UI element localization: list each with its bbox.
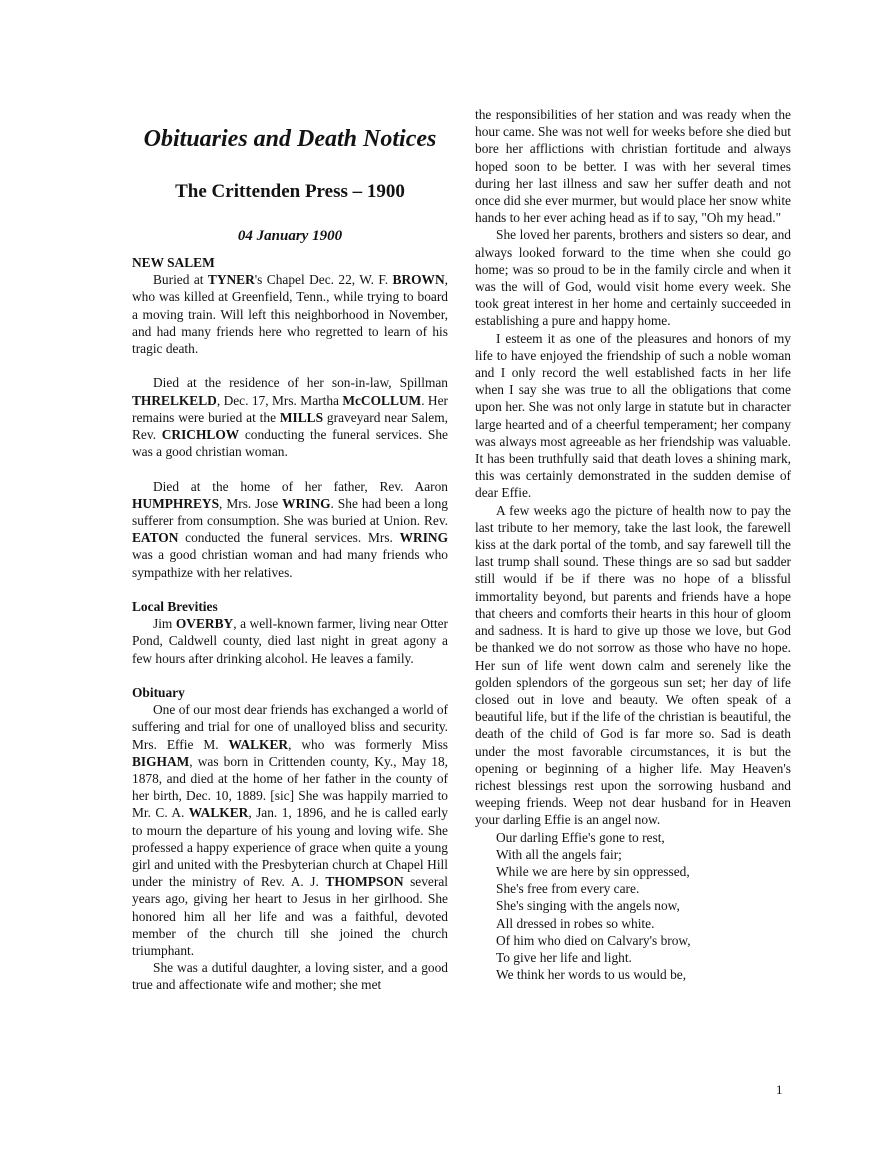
page-title: Obituaries and Death Notices <box>132 123 448 155</box>
body-text: 's Chapel Dec. 22, W. F. <box>255 272 393 287</box>
bold-name-text: CRICHLOW <box>162 427 239 442</box>
body-text: , Mrs. Jose <box>219 496 282 511</box>
poem-line: All dressed in robes so white. <box>475 915 791 932</box>
poem-line: She's free from every care. <box>475 880 791 897</box>
document-subtitle: The Crittenden Press – 1900 <box>132 181 448 203</box>
body-text: the responsibilities of her station and … <box>475 107 791 225</box>
bold-name-text: EATON <box>132 530 178 545</box>
section-heading: NEW SALEM <box>132 254 448 271</box>
bold-name-text: THOMPSON <box>325 874 403 889</box>
right-column: the responsibilities of her station and … <box>475 106 791 994</box>
poem: Our darling Effie's gone to rest,With al… <box>475 829 791 984</box>
paragraph: Died at the residence of her son-in-law,… <box>132 374 448 460</box>
paragraph: A few weeks ago the picture of health no… <box>475 502 791 829</box>
left-column-body: NEW SALEMBuried at TYNER's Chapel Dec. 2… <box>132 254 448 994</box>
left-column: Obituaries and Death Notices The Critten… <box>132 106 448 994</box>
bold-name-text: WRING <box>400 530 448 545</box>
body-text: was a good christian woman and had many … <box>132 547 448 579</box>
paragraph: One of our most dear friends has exchang… <box>132 701 448 959</box>
body-text: , who was formerly Miss <box>288 737 448 752</box>
paragraph: Died at the home of her father, Rev. Aar… <box>132 478 448 581</box>
poem-line: With all the angels fair; <box>475 846 791 863</box>
bold-name-text: BROWN <box>393 272 445 287</box>
body-text: conducted the funeral services. Mrs. <box>178 530 399 545</box>
bold-name-text: MILLS <box>280 410 323 425</box>
bold-name-text: WALKER <box>229 737 289 752</box>
bold-name-text: HUMPHREYS <box>132 496 219 511</box>
body-text: A few weeks ago the picture of health no… <box>475 503 791 828</box>
body-text: Died at the residence of her son-in-law,… <box>153 375 448 390</box>
body-text: Died at the home of her father, Rev. Aar… <box>153 479 448 494</box>
body-text: , Dec. 17, Mrs. Martha <box>217 393 343 408</box>
body-text: She was a dutiful daughter, a loving sis… <box>132 960 448 992</box>
paragraph: I esteem it as one of the pleasures and … <box>475 330 791 502</box>
poem-line: To give her life and light. <box>475 949 791 966</box>
poem-line: Of him who died on Calvary's brow, <box>475 932 791 949</box>
paragraph: She loved her parents, brothers and sist… <box>475 226 791 329</box>
body-text: She loved her parents, brothers and sist… <box>475 227 791 328</box>
date-heading: 04 January 1900 <box>132 228 448 245</box>
paragraph: the responsibilities of her station and … <box>475 106 791 226</box>
document-header: Obituaries and Death Notices The Critten… <box>132 123 448 245</box>
section-heading: Local Brevities <box>132 598 448 615</box>
bold-name-text: BIGHAM <box>132 754 189 769</box>
bold-name-text: McCOLLUM <box>342 393 421 408</box>
poem-line: While we are here by sin oppressed, <box>475 863 791 880</box>
bold-name-text: OVERBY <box>176 616 233 631</box>
right-column-body: the responsibilities of her station and … <box>475 106 791 983</box>
poem-line: She's singing with the angels now, <box>475 897 791 914</box>
bold-name-text: WRING <box>282 496 330 511</box>
poem-line: Our darling Effie's gone to rest, <box>475 829 791 846</box>
paragraph: Jim OVERBY, a well-known farmer, living … <box>132 615 448 667</box>
bold-name-text: THRELKELD <box>132 393 217 408</box>
poem-line: We think her words to us would be, <box>475 966 791 983</box>
section-heading: Obituary <box>132 684 448 701</box>
paragraph: She was a dutiful daughter, a loving sis… <box>132 959 448 993</box>
bold-name-text: WALKER <box>189 805 249 820</box>
document-page: Obituaries and Death Notices The Critten… <box>0 0 893 1155</box>
body-text: Jim <box>153 616 176 631</box>
two-column-layout: Obituaries and Death Notices The Critten… <box>132 106 791 994</box>
body-text: I esteem it as one of the pleasures and … <box>475 331 791 501</box>
body-text: Buried at <box>153 272 208 287</box>
paragraph: Buried at TYNER's Chapel Dec. 22, W. F. … <box>132 271 448 357</box>
bold-name-text: TYNER <box>208 272 255 287</box>
page-number: 1 <box>776 1082 783 1098</box>
